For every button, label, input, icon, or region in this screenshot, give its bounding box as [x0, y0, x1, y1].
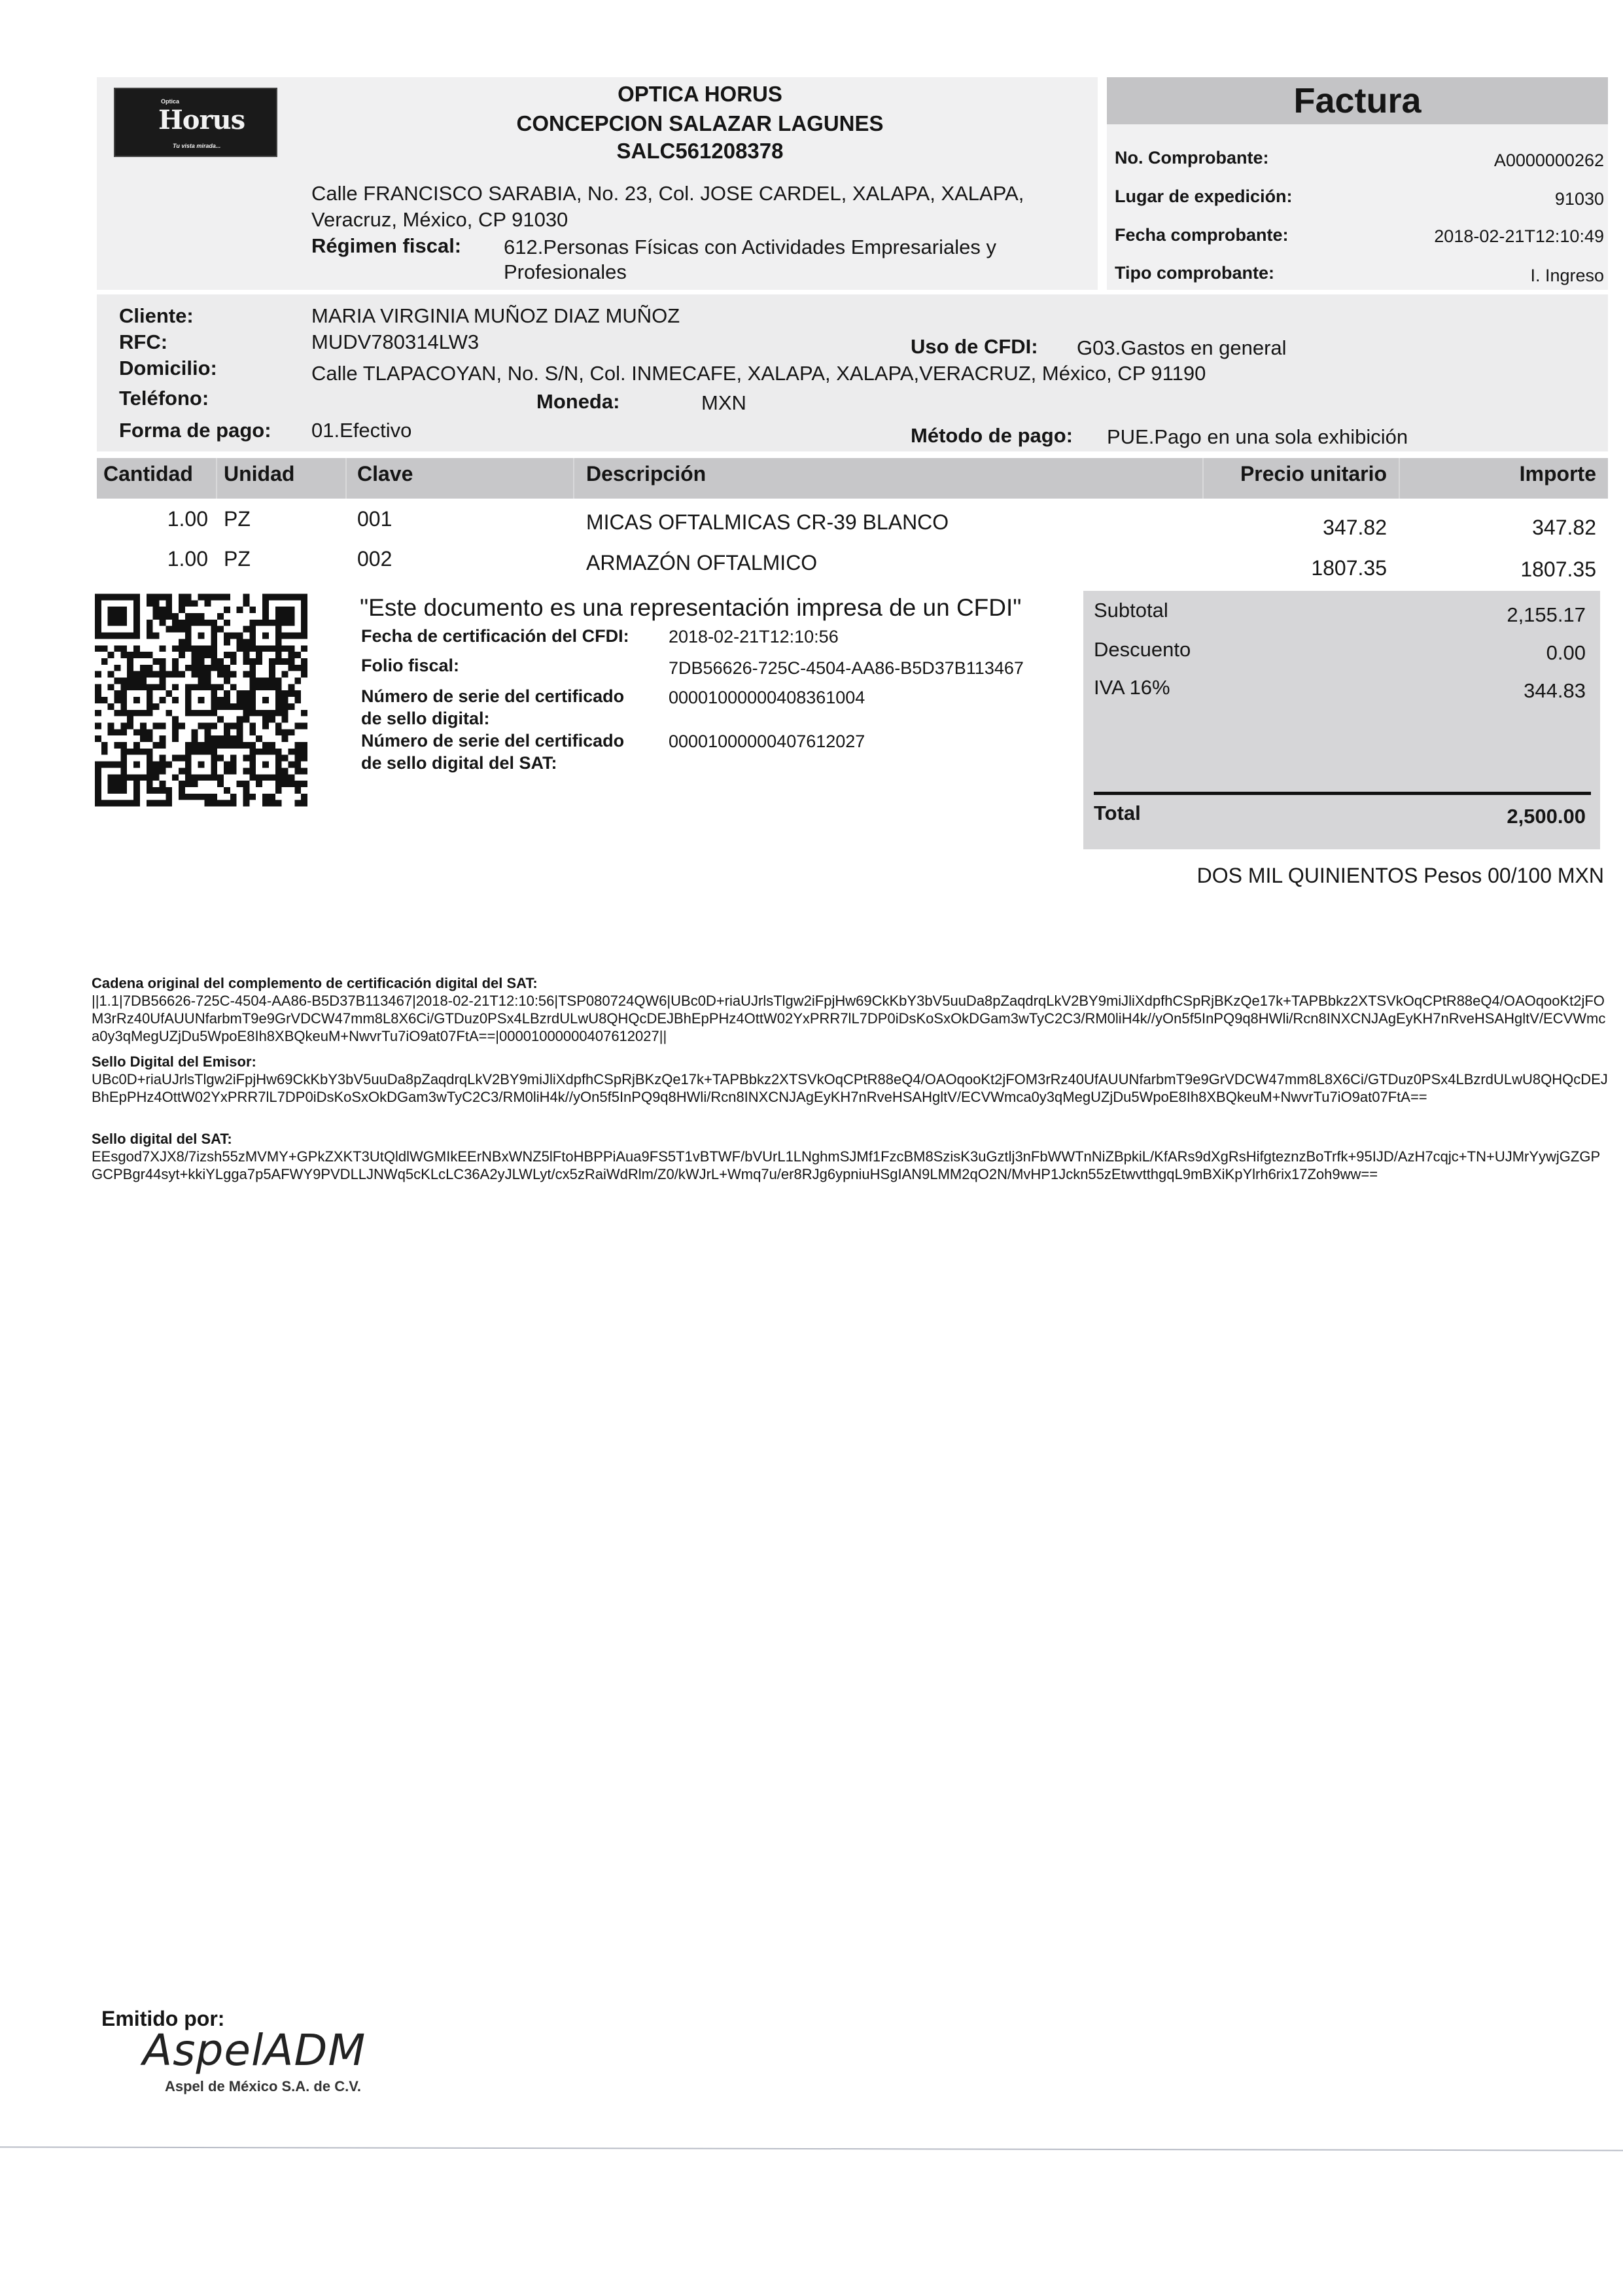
totals-divider — [1094, 792, 1591, 795]
cell-cantidad: 1.00 — [98, 507, 208, 531]
no-comprobante-value: A0000000262 — [1348, 150, 1604, 171]
company-logo: Optica Horus Tu vista mirada... — [114, 88, 277, 157]
tipo-comprobante-label: Tipo comprobante: — [1115, 263, 1274, 283]
iva-value: 344.83 — [1243, 679, 1586, 703]
issuer-address-line1: Calle FRANCISCO SARABIA, No. 23, Col. JO… — [311, 182, 1024, 205]
cell-cantidad: 1.00 — [98, 547, 208, 571]
rfc-label: RFC: — [119, 330, 167, 354]
serie-sat-label: Número de serie del certificado de sello… — [361, 730, 624, 774]
fecha-comprobante-value: 2018-02-21T12:10:49 — [1348, 226, 1604, 247]
issuer-address-line2: Veracruz, México, CP 91030 — [311, 208, 568, 232]
cadena-original-label: Cadena original del complemento de certi… — [92, 975, 538, 992]
logo-tagline: Tu vista mirada... — [173, 143, 220, 149]
lugar-expedicion-value: 91030 — [1348, 189, 1604, 209]
no-comprobante-label: No. Comprobante: — [1115, 148, 1269, 168]
folio-fiscal-label: Folio fiscal: — [361, 654, 459, 677]
sello-sat-value: EEsgod7XJX8/7izsh55zMVMY+GPkZXKT3UtQldlW… — [92, 1148, 1609, 1183]
uso-cfdi-value: G03.Gastos en general — [1077, 336, 1287, 360]
sello-emisor-label: Sello Digital del Emisor: — [92, 1053, 256, 1070]
serie-sat-value: 00001000000407612027 — [669, 732, 865, 752]
uso-cfdi-label: Uso de CFDI: — [911, 335, 1038, 359]
sello-sat-label: Sello digital del SAT: — [92, 1131, 232, 1148]
regimen-line2: Profesionales — [504, 260, 627, 284]
sello-emisor-value: UBc0D+riaUJrlsTlgw2iFpjHw69CkKbY3bV5uuDa… — [92, 1070, 1609, 1106]
domicilio-value: Calle TLAPACOYAN, No. S/N, Col. INMECAFE… — [311, 362, 1206, 385]
cliente-value: MARIA VIRGINIA MUÑOZ DIAZ MUÑOZ — [311, 304, 680, 328]
subtotal-value: 2,155.17 — [1243, 603, 1586, 627]
page-edge-line — [0, 2146, 1623, 2151]
col-header-clave: Clave — [357, 462, 413, 486]
serie-emisor-label-line2: de sello digital: — [361, 707, 624, 730]
cell-unidad: PZ — [224, 547, 251, 571]
cell-clave: 002 — [357, 547, 392, 571]
descuento-value: 0.00 — [1243, 641, 1586, 665]
serie-emisor-label: Número de serie del certificado de sello… — [361, 685, 624, 730]
moneda-label: Moneda: — [536, 390, 620, 414]
domicilio-label: Domicilio: — [119, 357, 217, 380]
issuer-rfc: SALC561208378 — [458, 139, 942, 164]
metodo-pago-label: Método de pago: — [911, 424, 1073, 448]
col-header-unidad: Unidad — [224, 462, 294, 486]
cell-unidad: PZ — [224, 507, 251, 531]
subtotal-label: Subtotal — [1094, 599, 1168, 622]
lugar-expedicion-label: Lugar de expedición: — [1115, 186, 1293, 207]
serie-sat-label-line2: de sello digital del SAT: — [361, 752, 624, 774]
cell-descripcion: ARMAZÓN OFTALMICO — [586, 551, 817, 575]
cell-importe: 1807.35 — [1406, 557, 1596, 582]
fecha-comprobante-label: Fecha comprobante: — [1115, 225, 1289, 245]
column-divider — [216, 458, 217, 499]
aspel-logo: AspelADM — [143, 2025, 366, 2075]
rfc-value: MUDV780314LW3 — [311, 330, 479, 354]
col-header-importe: Importe — [1406, 462, 1596, 486]
trade-name: OPTICA HORUS — [458, 82, 942, 107]
cadena-original-value: ||1.1|7DB56626-725C-4504-AA86-B5D37B1134… — [92, 992, 1609, 1045]
regimen-label: Régimen fiscal: — [311, 234, 461, 258]
aspel-company: Aspel de México S.A. de C.V. — [165, 2078, 361, 2095]
moneda-value: MXN — [701, 391, 746, 415]
logo-top-text: Optica — [161, 98, 179, 105]
telefono-label: Teléfono: — [119, 387, 209, 410]
cell-precio: 347.82 — [1191, 516, 1387, 540]
metodo-pago-value: PUE.Pago en una sola exhibición — [1107, 425, 1408, 449]
cell-descripcion: MICAS OFTALMICAS CR-39 BLANCO — [586, 510, 949, 535]
iva-label: IVA 16% — [1094, 676, 1170, 699]
fecha-cert-value: 2018-02-21T12:10:56 — [669, 627, 839, 647]
serie-emisor-label-line1: Número de serie del certificado — [361, 685, 624, 707]
total-value: 2,500.00 — [1243, 805, 1586, 828]
forma-pago-label: Forma de pago: — [119, 419, 271, 442]
cfdi-notice: "Este documento es una representación im… — [360, 594, 1021, 622]
cell-clave: 001 — [357, 507, 392, 531]
total-label: Total — [1094, 802, 1141, 825]
legal-name: CONCEPCION SALAZAR LAGUNES — [458, 111, 942, 136]
column-divider — [345, 458, 347, 499]
amount-in-words: DOS MIL QUINIENTOS Pesos 00/100 MXN — [916, 864, 1604, 888]
serie-sat-label-line1: Número de serie del certificado — [361, 730, 624, 752]
col-header-descripcion: Descripción — [586, 462, 706, 486]
tipo-comprobante-value: I. Ingreso — [1348, 266, 1604, 286]
folio-fiscal-value: 7DB56626-725C-4504-AA86-B5D37B113467 — [669, 658, 1024, 679]
fecha-cert-label: Fecha de certificación del CFDI: — [361, 625, 629, 647]
serie-emisor-value: 00001000000408361004 — [669, 688, 865, 708]
cfdi-qr-code — [95, 592, 307, 808]
regimen-line1: 612.Personas Físicas con Actividades Emp… — [504, 236, 996, 259]
descuento-label: Descuento — [1094, 638, 1191, 662]
col-header-cantidad: Cantidad — [103, 462, 193, 486]
cell-precio: 1807.35 — [1191, 556, 1387, 580]
forma-pago-value: 01.Efectivo — [311, 419, 411, 442]
col-header-precio: Precio unitario — [1191, 462, 1387, 486]
logo-wordmark: Horus — [158, 105, 245, 135]
column-divider — [573, 458, 574, 499]
invoice-title: Factura — [1107, 79, 1608, 123]
column-divider — [1399, 458, 1400, 499]
cliente-label: Cliente: — [119, 304, 194, 328]
cell-importe: 347.82 — [1406, 516, 1596, 540]
